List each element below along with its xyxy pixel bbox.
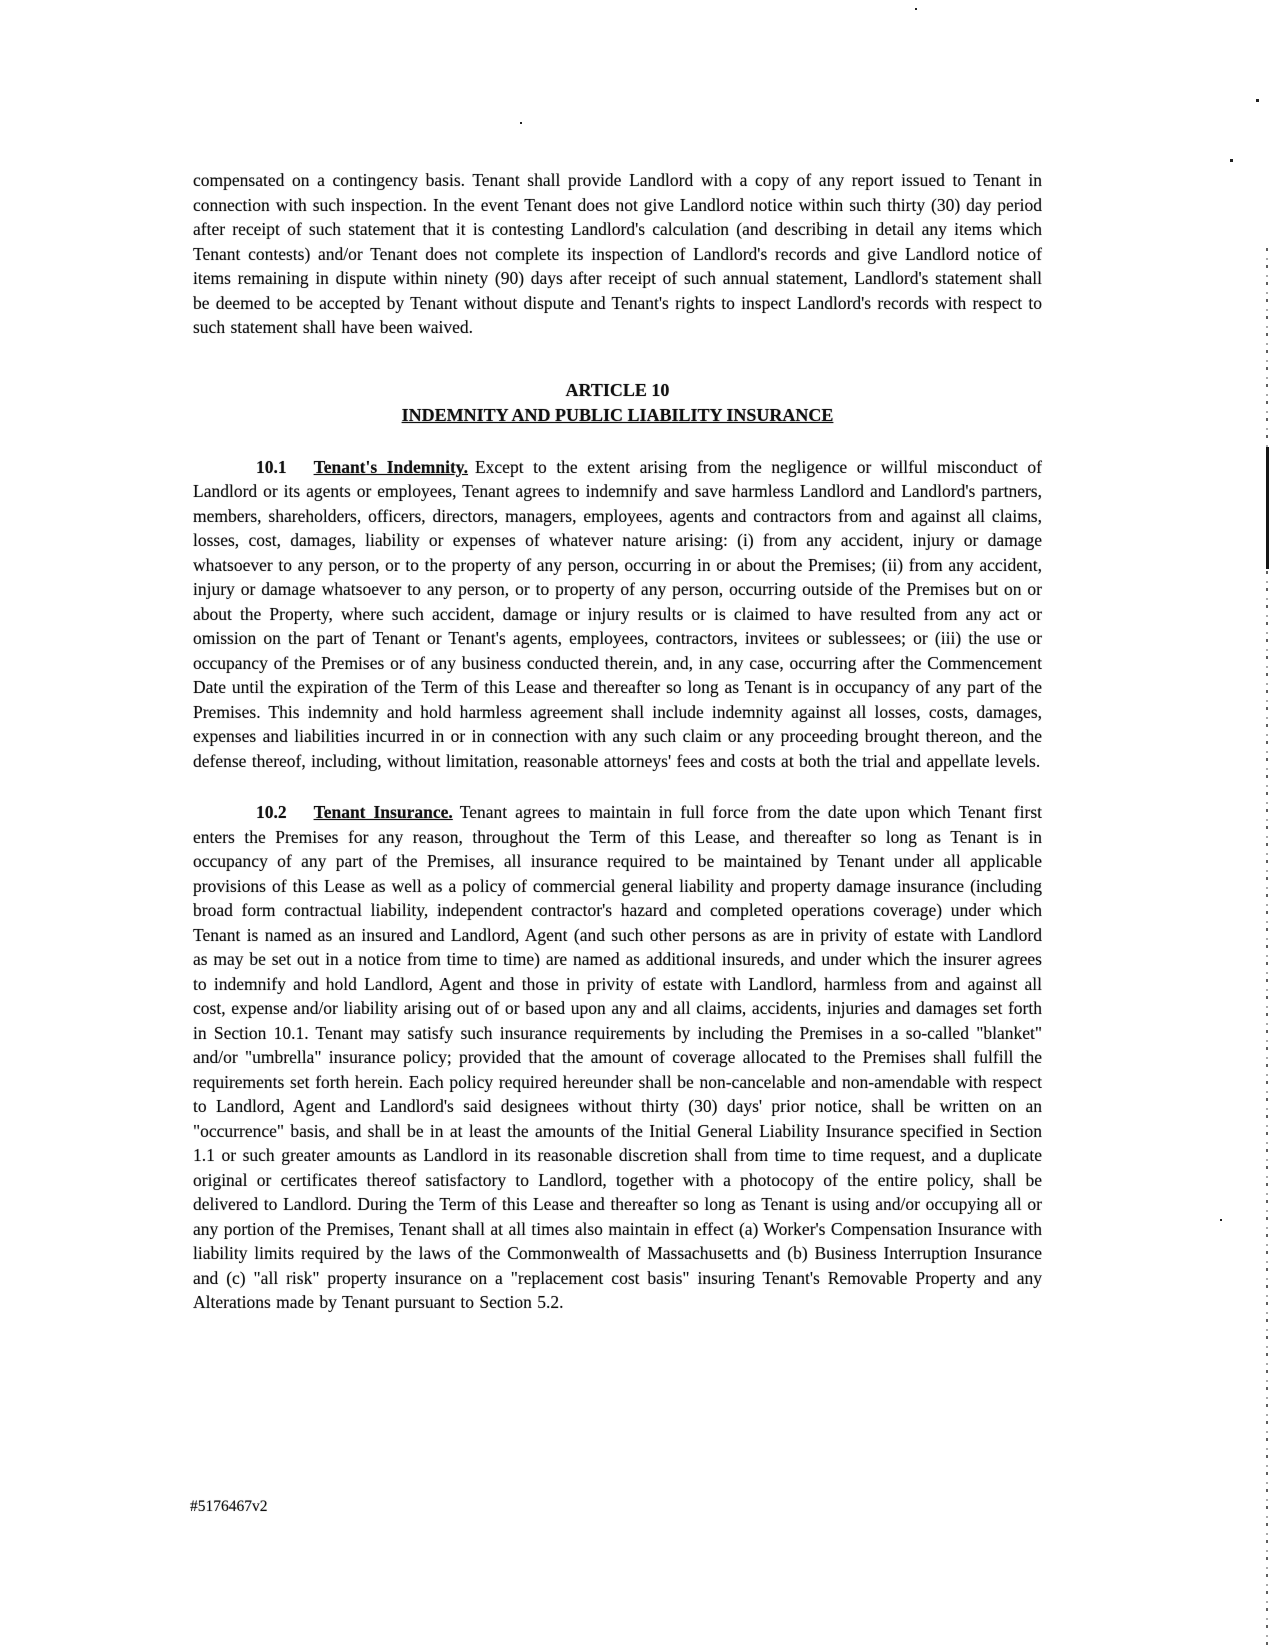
section-10-1-number: 10.1: [256, 457, 287, 477]
document-number-footer: #5176467v2: [190, 1498, 268, 1516]
scanned-lease-page: compensated on a contingency basis. Tena…: [0, 0, 1275, 1650]
scan-speckle: [1256, 99, 1259, 102]
scan-artifact-solid-line: [1266, 447, 1269, 569]
scan-speckle: [915, 8, 917, 10]
section-10-1: 10.1Tenant's Indemnity.Except to the ext…: [193, 455, 1042, 774]
section-10-2-body: Tenant agrees to maintain in full force …: [193, 802, 1042, 1312]
section-10-1-heading: Tenant's Indemnity.: [314, 457, 468, 477]
article-number: ARTICLE 10: [193, 378, 1042, 403]
section-10-1-body: Except to the extent arising from the ne…: [193, 457, 1042, 771]
page-text-block: compensated on a contingency basis. Tena…: [193, 168, 1042, 1315]
scan-speckle: [1230, 159, 1233, 162]
article-title: INDEMNITY AND PUBLIC LIABILITY INSURANCE: [193, 403, 1042, 428]
section-10-2-number: 10.2: [256, 802, 287, 822]
scan-speckle: [520, 122, 522, 124]
scan-speckle: [1220, 1219, 1222, 1221]
section-10-2-heading: Tenant Insurance.: [314, 802, 453, 822]
intro-paragraph: compensated on a contingency basis. Tena…: [193, 168, 1042, 340]
article-header: ARTICLE 10 INDEMNITY AND PUBLIC LIABILIT…: [193, 378, 1042, 428]
section-10-2: 10.2Tenant Insurance.Tenant agrees to ma…: [193, 800, 1042, 1315]
